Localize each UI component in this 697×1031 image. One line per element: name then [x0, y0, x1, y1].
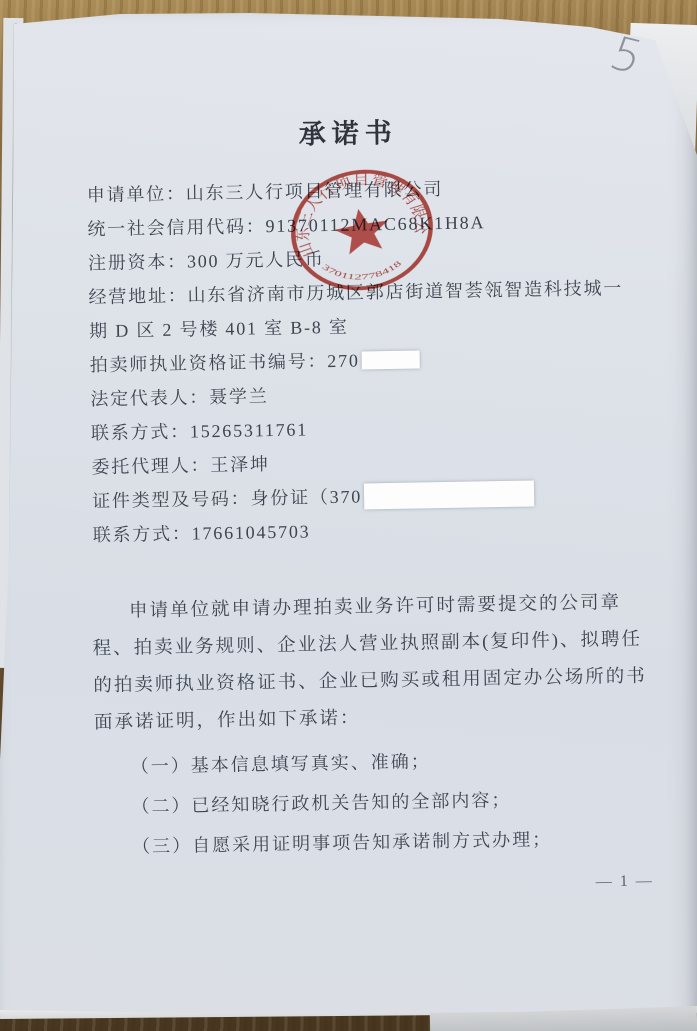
document-photo: 承诺书 申请单位：山东三人行项目管理有限公司 统一社会信用代码：91370112… [0, 0, 697, 1031]
promise-list: （一）基本信息填写真实、准确； （二）已经知晓行政机关告知的全部内容； （三）自… [130, 737, 652, 866]
document-page: 承诺书 申请单位：山东三人行项目管理有限公司 统一社会信用代码：91370112… [0, 0, 697, 1031]
seal-star-icon [332, 204, 393, 256]
promise-item-3: （三）自愿采用证明事项告知承诺制方式办理； [132, 817, 653, 866]
field-text: 证件类型及号码：身份证（370 [92, 486, 362, 511]
page-title: 承诺书 [0, 106, 697, 157]
field-text: 期 D 区 2 号楼 401 室 B-8 室 [89, 317, 349, 342]
field-text: 拍卖师执业资格证书编号：270 [90, 351, 360, 376]
field-text: 联系方式：17661045703 [93, 521, 311, 545]
page-number: — 1 — [596, 872, 654, 891]
field-text: 委托代理人：王泽坤 [91, 454, 270, 477]
field-text: 联系方式：15265311761 [91, 419, 308, 443]
commitment-paragraph: 申请单位就申请办理拍卖业务许可时需要提交的公司章 程、拍卖业务规则、企业法人营业… [92, 585, 640, 742]
redaction-box [364, 480, 534, 509]
field-text: 法定代表人：聂学兰 [90, 386, 269, 409]
redaction-box [362, 350, 420, 369]
company-seal-stamp: 山东三人行项目管理有限公司 370112778418 [277, 155, 447, 305]
document-content: 承诺书 申请单位：山东三人行项目管理有限公司 统一社会信用代码：91370112… [0, 0, 697, 1031]
